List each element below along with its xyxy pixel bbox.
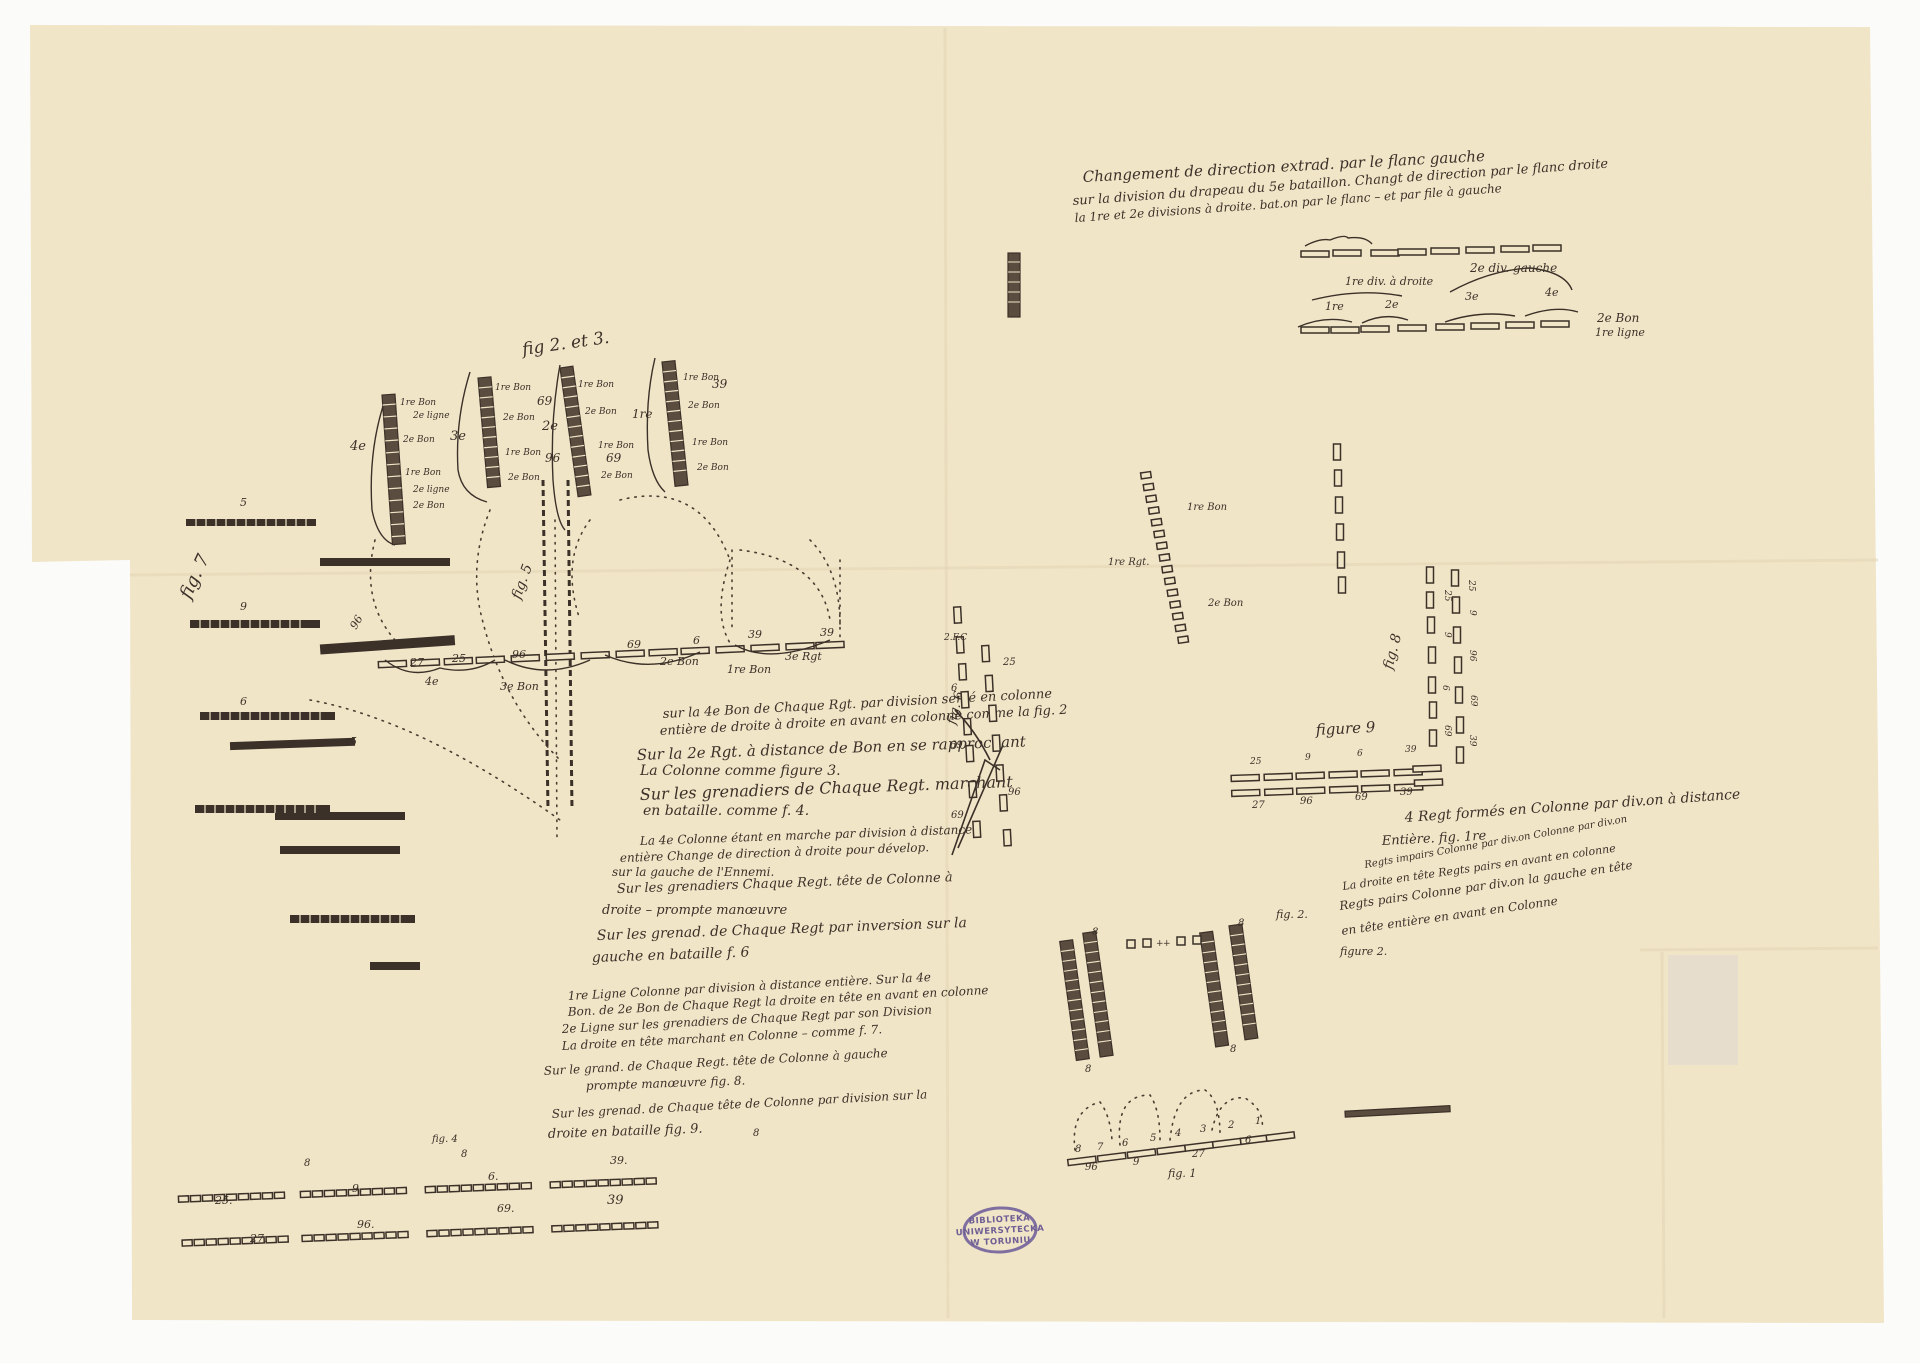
svg-text:1re Bon: 1re Bon bbox=[505, 448, 541, 458]
svg-text:69: 69 bbox=[1355, 792, 1368, 803]
svg-text:39: 39 bbox=[607, 1193, 624, 1208]
svg-text:1re: 1re bbox=[632, 407, 652, 421]
svg-text:8: 8 bbox=[753, 1128, 759, 1139]
fig-1-title: fig. 1 bbox=[1167, 1167, 1196, 1180]
svg-text:3e: 3e bbox=[1465, 290, 1479, 303]
svg-text:69: 69 bbox=[537, 394, 553, 408]
small-column-marker bbox=[1008, 253, 1020, 317]
svg-text:2e Bon: 2e Bon bbox=[402, 435, 435, 445]
svg-text:en bataille. comme f. 4.: en bataille. comme f. 4. bbox=[643, 803, 809, 819]
svg-text:2e Bon: 2e Bon bbox=[412, 501, 445, 511]
svg-text:1re Bon: 1re Bon bbox=[578, 380, 614, 390]
svg-text:25: 25 bbox=[1442, 589, 1452, 602]
svg-text:4e: 4e bbox=[349, 439, 366, 454]
manuscript-sheet: Changement de direction extrad. par le f… bbox=[0, 0, 1920, 1363]
svg-text:7: 7 bbox=[1097, 1142, 1104, 1153]
svg-text:1: 1 bbox=[1255, 1116, 1261, 1127]
svg-text:1re Bon: 1re Bon bbox=[400, 398, 436, 408]
svg-text:4: 4 bbox=[1174, 1128, 1181, 1139]
label-2e-div-gauche: 2e div. gauche bbox=[1469, 261, 1557, 275]
svg-text:96.: 96. bbox=[357, 1218, 375, 1231]
svg-text:2e: 2e bbox=[541, 419, 558, 434]
svg-text:9: 9 bbox=[1467, 610, 1477, 616]
label-1re-ligne: 1re ligne bbox=[1595, 326, 1645, 339]
svg-text:1re: 1re bbox=[1325, 300, 1344, 313]
svg-text:1re Rgt.: 1re Rgt. bbox=[1108, 557, 1149, 568]
svg-text:6: 6 bbox=[693, 634, 700, 647]
svg-text:39.: 39. bbox=[610, 1154, 628, 1167]
svg-text:69: 69 bbox=[1468, 695, 1478, 707]
svg-text:1re Bon: 1re Bon bbox=[692, 438, 728, 448]
svg-text:2e Bon: 2e Bon bbox=[659, 655, 699, 668]
svg-text:69: 69 bbox=[1442, 725, 1452, 737]
svg-text:2e ligne: 2e ligne bbox=[412, 485, 450, 495]
fig-4-title: fig. 4 bbox=[431, 1134, 458, 1145]
svg-text:4e: 4e bbox=[1544, 286, 1559, 299]
svg-text:3e: 3e bbox=[450, 429, 466, 444]
svg-text:2e Bon: 2e Bon bbox=[507, 473, 540, 483]
svg-text:8: 8 bbox=[1092, 927, 1098, 938]
svg-text:8: 8 bbox=[1230, 1044, 1236, 1055]
svg-text:39: 39 bbox=[712, 377, 728, 391]
svg-text:2e: 2e bbox=[1384, 298, 1399, 311]
svg-text:8: 8 bbox=[1085, 1064, 1091, 1075]
fig-9-title: figure 9 bbox=[1314, 718, 1376, 739]
paper bbox=[30, 25, 1884, 1323]
svg-text:39: 39 bbox=[820, 626, 834, 639]
svg-text:1re Bon: 1re Bon bbox=[405, 468, 441, 478]
svg-text:2e Bon: 2e Bon bbox=[687, 401, 720, 411]
svg-text:6: 6 bbox=[1357, 749, 1363, 759]
svg-text:5: 5 bbox=[240, 496, 247, 509]
column-2-number: 69 bbox=[606, 451, 622, 465]
svg-text:2.F.C: 2.F.C bbox=[943, 633, 967, 643]
svg-text:3e Rgt: 3e Rgt bbox=[785, 650, 822, 663]
svg-text:27: 27 bbox=[1191, 1149, 1205, 1160]
svg-text:39: 39 bbox=[748, 628, 762, 641]
svg-text:9: 9 bbox=[240, 600, 247, 613]
svg-text:96: 96 bbox=[1008, 787, 1021, 798]
svg-text:25: 25 bbox=[1249, 757, 1262, 767]
svg-text:droite – prompte manœuvre: droite – prompte manœuvre bbox=[602, 903, 787, 918]
svg-text:6: 6 bbox=[240, 695, 247, 708]
svg-text:69.: 69. bbox=[497, 1202, 515, 1215]
svg-text:4e: 4e bbox=[424, 675, 439, 688]
svg-text:27: 27 bbox=[1251, 800, 1265, 811]
svg-text:3e Bon: 3e Bon bbox=[500, 680, 539, 693]
svg-text:39: 39 bbox=[1400, 787, 1413, 798]
svg-text:1re Bon: 1re Bon bbox=[598, 441, 634, 451]
svg-text:+: + bbox=[1163, 939, 1171, 949]
svg-text:2e Bon: 2e Bon bbox=[584, 407, 617, 417]
svg-text:1re Bon: 1re Bon bbox=[727, 663, 771, 676]
fig-2-label: fig. 2. bbox=[1275, 908, 1308, 921]
svg-text:25: 25 bbox=[451, 652, 466, 665]
svg-text:figure 2.: figure 2. bbox=[1339, 945, 1387, 958]
svg-text:9: 9 bbox=[1442, 632, 1452, 638]
svg-text:1re Bon: 1re Bon bbox=[1187, 502, 1227, 513]
svg-text:9.: 9. bbox=[352, 1182, 363, 1195]
smudge-stain bbox=[1668, 955, 1738, 1065]
svg-text:2e Bon: 2e Bon bbox=[600, 471, 633, 481]
label-1re-div-droite: 1re div. à droite bbox=[1345, 275, 1434, 288]
svg-text:25.: 25. bbox=[214, 1194, 233, 1207]
svg-text:9: 9 bbox=[1133, 1157, 1140, 1168]
svg-text:8: 8 bbox=[304, 1158, 310, 1169]
svg-text:3: 3 bbox=[1200, 1124, 1206, 1135]
svg-text:6: 6 bbox=[1440, 685, 1450, 691]
svg-text:27.: 27. bbox=[249, 1232, 268, 1245]
svg-text:8: 8 bbox=[1075, 1144, 1081, 1155]
svg-text:6: 6 bbox=[1122, 1138, 1129, 1149]
svg-text:1re Bon: 1re Bon bbox=[495, 383, 531, 393]
svg-text:25: 25 bbox=[1466, 579, 1476, 592]
svg-text:96: 96 bbox=[1085, 1162, 1098, 1173]
svg-text:5: 5 bbox=[1150, 1133, 1156, 1144]
svg-text:27: 27 bbox=[409, 656, 424, 669]
svg-text:96: 96 bbox=[512, 648, 526, 661]
svg-text:2e Bon: 2e Bon bbox=[502, 413, 535, 423]
svg-text:2: 2 bbox=[1227, 1120, 1234, 1131]
svg-text:2e Bon: 2e Bon bbox=[1207, 598, 1243, 609]
svg-text:96: 96 bbox=[1467, 650, 1477, 662]
svg-text:39: 39 bbox=[1405, 745, 1417, 755]
svg-text:La Colonne comme figure 3.: La Colonne comme figure 3. bbox=[639, 763, 841, 779]
label-2e-bon: 2e Bon bbox=[1596, 311, 1639, 325]
svg-text:8: 8 bbox=[461, 1149, 467, 1160]
svg-text:6: 6 bbox=[1245, 1135, 1252, 1146]
svg-text:6.: 6. bbox=[488, 1170, 499, 1183]
svg-text:6: 6 bbox=[951, 683, 958, 694]
svg-text:9: 9 bbox=[1305, 753, 1311, 763]
svg-text:96: 96 bbox=[1300, 796, 1313, 807]
svg-text:39: 39 bbox=[1467, 735, 1477, 747]
svg-text:8: 8 bbox=[1238, 918, 1244, 929]
svg-text:69: 69 bbox=[951, 810, 964, 821]
svg-text:25: 25 bbox=[1002, 657, 1016, 668]
svg-text:2e Bon: 2e Bon bbox=[696, 463, 729, 473]
svg-text:69: 69 bbox=[627, 638, 641, 651]
svg-text:69: 69 bbox=[950, 740, 963, 751]
svg-text:2e ligne: 2e ligne bbox=[412, 411, 450, 421]
svg-text:5: 5 bbox=[350, 735, 357, 748]
